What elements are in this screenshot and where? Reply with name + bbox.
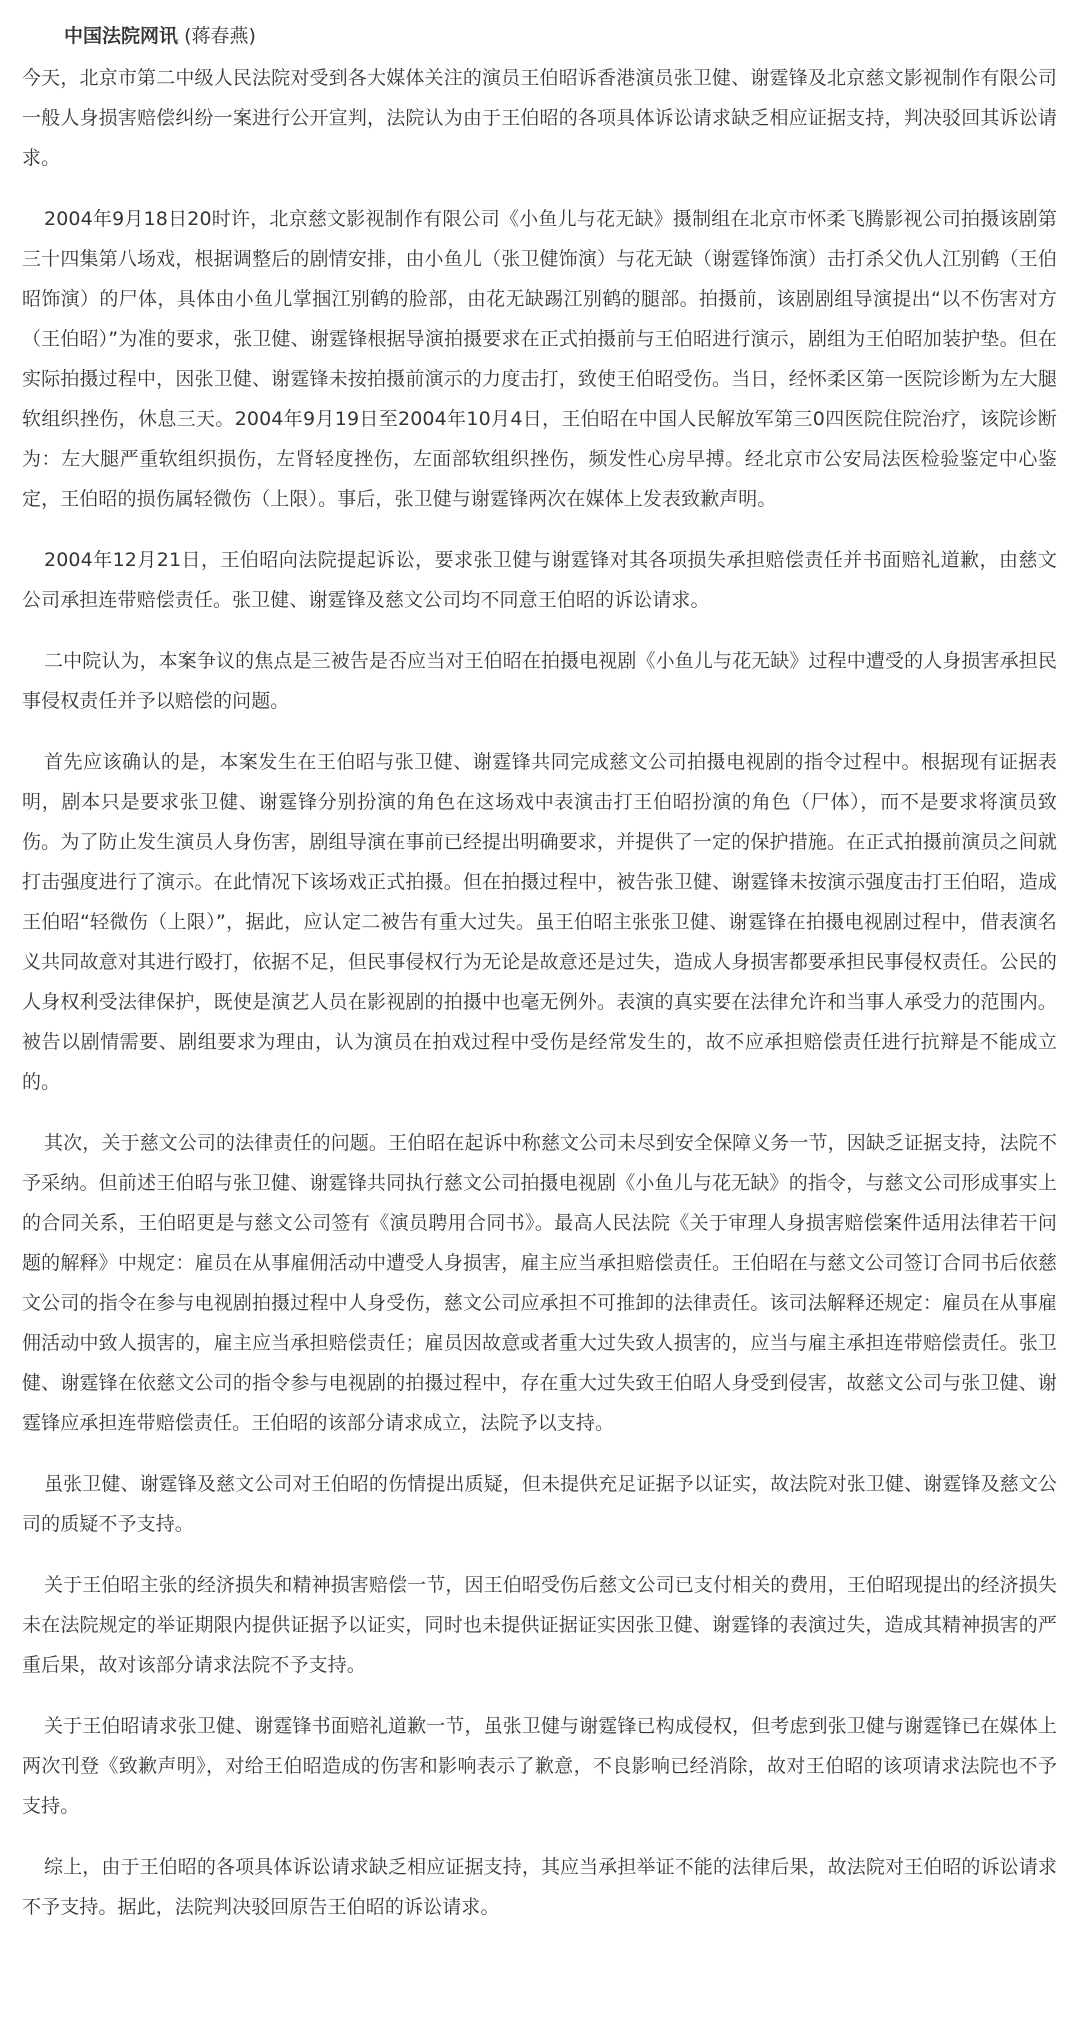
article-paragraph-damages: 关于王伯昭主张的经济损失和精神损害赔偿一节，因王伯昭受伤后慈文公司已支付相关的费… xyxy=(22,1565,1057,1685)
article-paragraph-incident: 2004年9月18日20时许，北京慈文影视制作有限公司《小鱼儿与花无缺》摄制组在… xyxy=(22,199,1057,519)
news-article: 中国法院网讯 (蒋春燕) 今天，北京市第二中级人民法院对受到各大媒体关注的演员王… xyxy=(0,0,1079,1927)
news-source: 中国法院网讯 xyxy=(64,25,178,47)
author-name: (蒋春燕) xyxy=(184,25,256,47)
article-paragraph-injury-dispute: 虽张卫健、谢霆锋及慈文公司对王伯昭的伤情提出质疑，但未提供充足证据予以证实，故法… xyxy=(22,1464,1057,1544)
article-paragraph-lead: 今天，北京市第二中级人民法院对受到各大媒体关注的演员王伯昭诉香港演员张卫健、谢霆… xyxy=(22,58,1057,178)
article-paragraph-lawsuit: 2004年12月21日，王伯昭向法院提起诉讼，要求张卫健与谢霆锋对其各项损失承担… xyxy=(22,540,1057,620)
article-paragraph-focus: 二中院认为，本案争议的焦点是三被告是否应当对王伯昭在拍摄电视剧《小鱼儿与花无缺》… xyxy=(22,641,1057,721)
article-paragraph-first-point: 首先应该确认的是，本案发生在王伯昭与张卫健、谢霆锋共同完成慈文公司拍摄电视剧的指… xyxy=(22,742,1057,1102)
article-paragraph-apology: 关于王伯昭请求张卫健、谢霆锋书面赔礼道歉一节，虽张卫健与谢霆锋已构成侵权，但考虑… xyxy=(22,1706,1057,1826)
article-byline: 中国法院网讯 (蒋春燕) xyxy=(22,18,1057,54)
article-paragraph-second-point: 其次，关于慈文公司的法律责任的问题。王伯昭在起诉中称慈文公司未尽到安全保障义务一… xyxy=(22,1123,1057,1443)
article-paragraph-conclusion: 综上，由于王伯昭的各项具体诉讼请求缺乏相应证据支持，其应当承担举证不能的法律后果… xyxy=(22,1847,1057,1927)
